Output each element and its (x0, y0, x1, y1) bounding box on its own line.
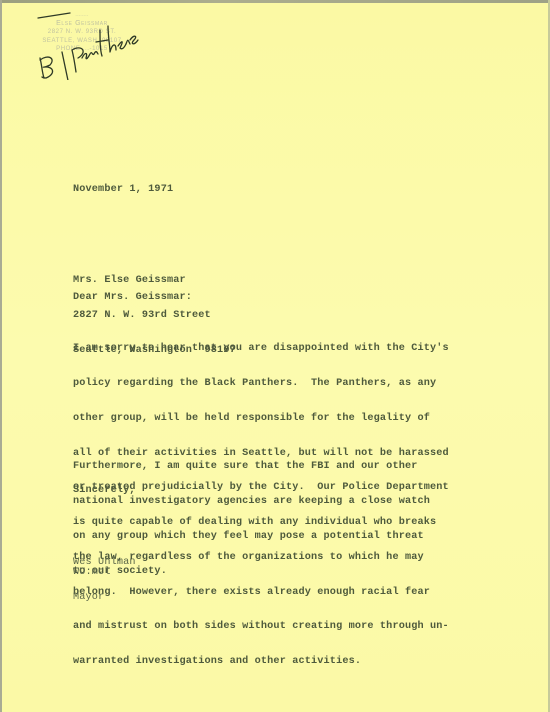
signature-block: Wes Uhlman Mayor (73, 534, 136, 627)
paragraph-line: national investigatory agencies are keep… (73, 496, 430, 508)
page-left-edge (0, 0, 2, 712)
signer-title: Mayor (73, 592, 136, 604)
page-top-edge (0, 0, 550, 3)
reference-initials: WU:mcl (73, 567, 111, 579)
salutation: Dear Mrs. Geissmar: (73, 292, 192, 304)
paragraph-line: I am sorry to hear that you are disappoi… (73, 343, 449, 355)
paragraph-line: other group, will be held responsible fo… (73, 413, 449, 425)
recipient-name: Mrs. Else Geissmar (73, 275, 236, 287)
closing: Sincerely, (73, 485, 136, 497)
paragraph-line: policy regarding the Black Panthers. The… (73, 378, 449, 390)
paragraph-line: Furthermore, I am quite sure that the FB… (73, 461, 430, 473)
letter-page: -------- Else Geissmar 2827 N. W. 93RD S… (0, 0, 550, 712)
paragraph-line: warranted investigations and other activ… (73, 656, 449, 668)
handwritten-annotation-icon: B/Panthers (30, 10, 140, 80)
letter-date: November 1, 1971 (73, 184, 173, 196)
